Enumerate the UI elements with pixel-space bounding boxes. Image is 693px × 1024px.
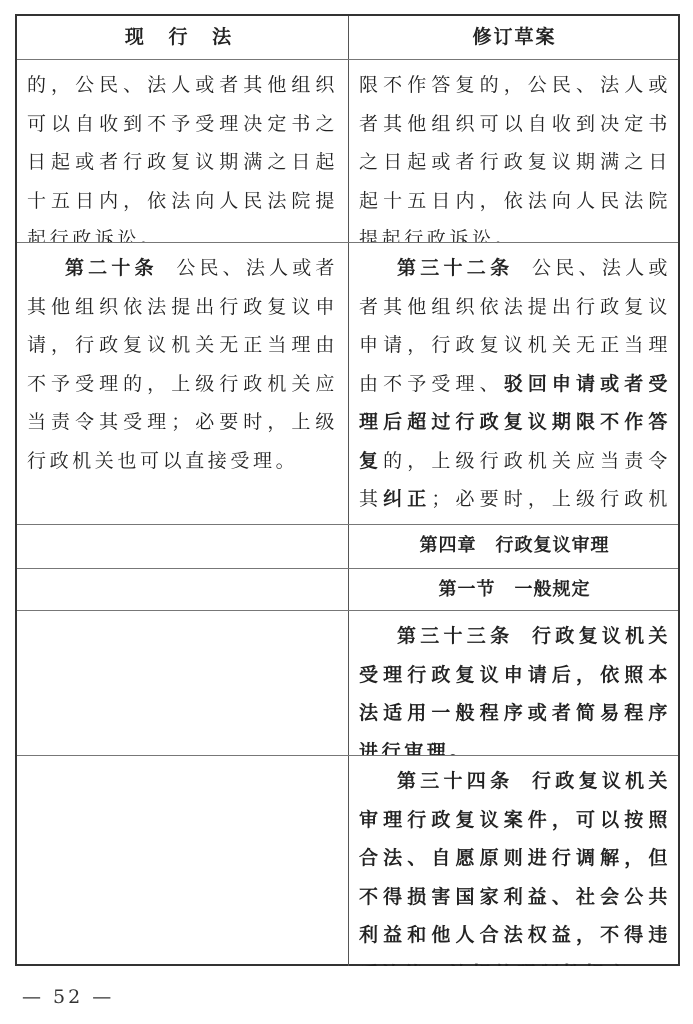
article-text: 公民、法人或者其他组织依法提出行政复议申请，行政复议机关无正当理由不予受理的，上… [27, 257, 338, 472]
comparison-table: 现 行 法 修订草案 的，公民、法人或者其他组织可以自收到不予受理决定书之日起或… [15, 14, 680, 966]
revised-draft-article: 第三十四条行政复议机关审理行政复议案件，可以按照合法、自愿原则进行调解，但不得损… [359, 762, 671, 966]
revised-draft-text: 限不作答复的，公民、法人或者其他组织可以自收到决定书之日起或者行政复议期满之日起… [359, 66, 671, 242]
article-number: 第三十三条 [397, 625, 513, 647]
revised-draft-cell: 第三十二条公民、法人或者其他组织依法提出行政复议申请，行政复议机关无正当理由不予… [349, 243, 680, 524]
current-law-cell-empty [17, 756, 348, 966]
page-number: — 52 — [22, 986, 114, 1008]
table-row: 第三十三条行政复议机关受理行政复议申请后，依照本法适用一般程序或者简易程序进行审… [17, 610, 678, 755]
revised-draft-cell: 第三十四条行政复议机关审理行政复议案件，可以按照合法、自愿原则进行调解，但不得损… [349, 756, 680, 966]
revised-draft-cell: 第三十三条行政复议机关受理行政复议申请后，依照本法适用一般程序或者简易程序进行审… [349, 611, 680, 755]
table-row: 第一节 一般规定 [17, 568, 678, 610]
header-revised-draft: 修订草案 [349, 16, 680, 59]
current-law-text: 的，公民、法人或者其他组织可以自收到不予受理决定书之日起或者行政复议期满之日起十… [27, 66, 338, 242]
current-law-cell: 第二十条公民、法人或者其他组织依法提出行政复议申请，行政复议机关无正当理由不予受… [17, 243, 348, 524]
table-row: 第四章 行政复议审理 [17, 524, 678, 568]
article-number: 第三十四条 [397, 770, 513, 792]
revised-draft-article: 第三十三条行政复议机关受理行政复议申请后，依照本法适用一般程序或者简易程序进行审… [359, 617, 671, 755]
article-number: 第二十条 [65, 257, 158, 279]
table-row: 第二十条公民、法人或者其他组织依法提出行政复议申请，行政复议机关无正当理由不予受… [17, 242, 678, 524]
table-header-row: 现 行 法 修订草案 [17, 16, 678, 59]
table-row: 第三十四条行政复议机关审理行政复议案件，可以按照合法、自愿原则进行调解，但不得损… [17, 755, 678, 966]
current-law-cell-empty [17, 525, 348, 568]
article-text: 行政复议机关审理行政复议案件，可以按照合法、自愿原则进行调解，但不得损害国家利益… [359, 770, 671, 966]
chapter-title: 第四章 行政复议审理 [349, 525, 680, 568]
current-law-cell-empty [17, 569, 348, 610]
header-current-law: 现 行 法 [17, 16, 348, 59]
revised-highlight: 纠正 [383, 488, 431, 510]
section-title: 第一节 一般规定 [349, 569, 680, 610]
revised-draft-article: 第三十二条公民、法人或者其他组织依法提出行政复议申请，行政复议机关无正当理由不予… [359, 249, 671, 524]
current-law-cell-empty [17, 611, 348, 755]
article-number: 第三十二条 [397, 257, 513, 279]
table-row: 的，公民、法人或者其他组织可以自收到不予受理决定书之日起或者行政复议期满之日起十… [17, 59, 678, 242]
revised-draft-cell: 限不作答复的，公民、法人或者其他组织可以自收到决定书之日起或者行政复议期满之日起… [349, 60, 680, 242]
current-law-article: 第二十条公民、法人或者其他组织依法提出行政复议申请，行政复议机关无正当理由不予受… [27, 249, 338, 480]
current-law-cell: 的，公民、法人或者其他组织可以自收到不予受理决定书之日起或者行政复议期满之日起十… [17, 60, 348, 242]
